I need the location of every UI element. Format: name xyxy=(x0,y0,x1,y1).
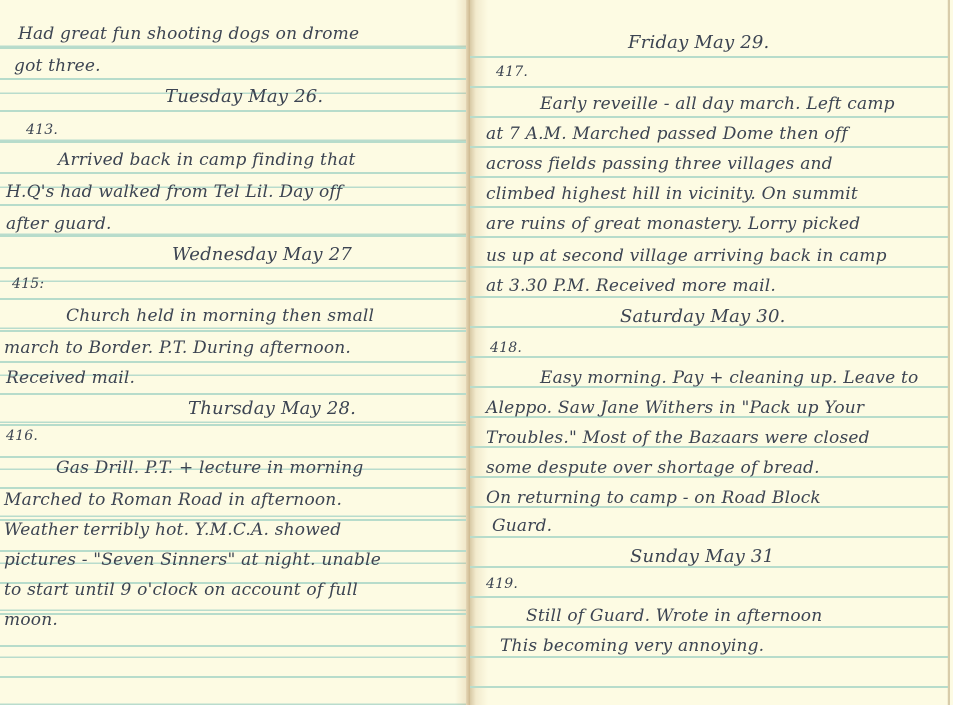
handwritten-line: march to Border. P.T. During afternoon. xyxy=(4,338,351,358)
rule-line xyxy=(470,356,950,358)
entry-date: Friday May 29. xyxy=(628,32,769,53)
rule-line xyxy=(0,110,470,112)
rule-line xyxy=(0,172,470,174)
entry-date: Tuesday May 26. xyxy=(165,86,323,107)
handwritten-line: On returning to camp - on Road Block xyxy=(486,488,821,508)
handwritten-line: Gas Drill. P.T. + lecture in morning xyxy=(56,458,364,478)
rule-line xyxy=(470,146,950,148)
handwritten-line: moon. xyxy=(4,610,58,630)
handwritten-line: Weather terribly hot. Y.M.C.A. showed xyxy=(4,520,341,540)
entry-number: 417. xyxy=(496,64,528,80)
handwritten-line: Church held in morning then small xyxy=(66,306,374,326)
diary-spread: Had great fun shooting dogs on drome got… xyxy=(0,0,953,705)
entry-number: 419. xyxy=(486,576,518,592)
left-page: Had great fun shooting dogs on drome got… xyxy=(0,0,470,705)
rule-line xyxy=(0,141,470,143)
rule-line xyxy=(0,204,470,206)
handwritten-line: H.Q's had walked from Tel Lil. Day off xyxy=(6,182,342,202)
handwritten-line: Guard. xyxy=(492,516,552,536)
handwritten-line: Troubles." Most of the Bazaars were clos… xyxy=(486,428,870,448)
rule-line xyxy=(0,676,470,678)
rule-line xyxy=(0,330,470,332)
right-page: Friday May 29. 417. Early reveille - all… xyxy=(470,0,953,705)
handwritten-line: Aleppo. Saw Jane Withers in "Pack up You… xyxy=(486,398,864,418)
rule-line xyxy=(470,266,950,268)
rule-line xyxy=(0,487,470,489)
entry-number: 416. xyxy=(6,428,38,444)
rule-line xyxy=(0,424,470,426)
rule-line xyxy=(0,298,470,300)
handwritten-line: This becoming very annoying. xyxy=(500,636,764,656)
handwritten-line: Early reveille - all day march. Left cam… xyxy=(540,94,895,114)
entry-number: 413. xyxy=(26,122,58,138)
rule-line xyxy=(470,656,950,658)
rule-line xyxy=(0,267,470,269)
handwritten-line: pictures - "Seven Sinners" at night. una… xyxy=(4,550,381,570)
handwritten-line: climbed highest hill in vicinity. On sum… xyxy=(486,184,858,204)
handwritten-line: Received mail. xyxy=(6,368,135,388)
rule-line xyxy=(0,393,470,395)
handwritten-line: after guard. xyxy=(6,214,112,234)
entry-date: Saturday May 30. xyxy=(620,306,786,327)
handwritten-line: at 7 A.M. Marched passed Dome then off xyxy=(486,124,848,144)
handwritten-line: to start until 9 o'clock on account of f… xyxy=(4,580,358,600)
handwritten-line: Easy morning. Pay + cleaning up. Leave t… xyxy=(540,368,918,388)
handwritten-line: across fields passing three villages and xyxy=(486,154,833,174)
handwritten-line: got three. xyxy=(14,56,101,76)
entry-number: 415: xyxy=(12,276,44,292)
rule-line xyxy=(0,645,470,647)
handwritten-line: Still of Guard. Wrote in afternoon xyxy=(526,606,822,626)
rule-line xyxy=(470,296,950,298)
rule-line xyxy=(470,596,950,598)
handwritten-line: us up at second village arriving back in… xyxy=(486,246,887,266)
entry-date: Thursday May 28. xyxy=(188,398,356,419)
rule-line xyxy=(470,206,950,208)
rule-line xyxy=(470,56,950,58)
handwritten-line: some despute over shortage of bread. xyxy=(486,458,820,478)
rule-line xyxy=(470,176,950,178)
page-edge xyxy=(948,0,950,705)
entry-date: Wednesday May 27 xyxy=(172,244,352,265)
handwritten-line: are ruins of great monastery. Lorry pick… xyxy=(486,214,860,234)
entry-date: Sunday May 31 xyxy=(630,546,774,567)
handwritten-line: Had great fun shooting dogs on drome xyxy=(18,24,359,44)
rule-line xyxy=(0,47,470,49)
handwritten-line: Marched to Roman Road in afternoon. xyxy=(4,490,342,510)
rule-line xyxy=(470,686,950,688)
rule-line xyxy=(470,536,950,538)
entry-number: 418. xyxy=(490,340,522,356)
handwritten-line: at 3.30 P.M. Received more mail. xyxy=(486,276,776,296)
rule-line xyxy=(470,626,950,628)
rule-line xyxy=(470,236,950,238)
rule-line xyxy=(0,613,470,615)
rule-line xyxy=(0,78,470,80)
rule-line xyxy=(470,86,950,88)
rule-line xyxy=(0,235,470,237)
rule-line xyxy=(470,116,950,118)
rule-line xyxy=(0,361,470,363)
handwritten-line: Arrived back in camp finding that xyxy=(58,150,356,170)
